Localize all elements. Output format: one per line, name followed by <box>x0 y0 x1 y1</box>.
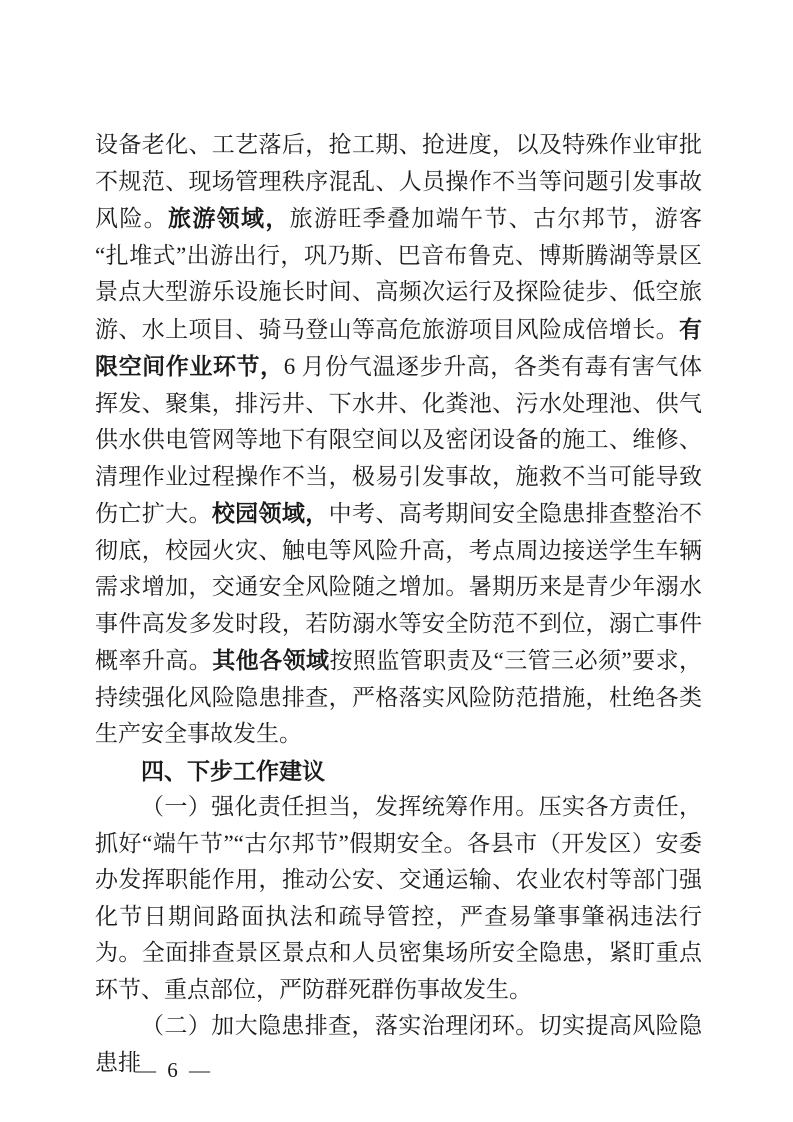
item-one-paragraph: （一）强化责任担当，发挥统筹作用。压实各方责任，抓好“端午节”“古尔邦节”假期安… <box>95 789 702 1008</box>
document-body: 设备老化、工艺落后，抢工期、抢进度，以及特殊作业审批不规范、现场管理秩序混乱、人… <box>95 127 702 1081</box>
page-footer: — 6 — <box>102 1033 213 1108</box>
heading-text: 四、下步工作建议 <box>141 758 325 784</box>
emphasis-text: 其他各领域 <box>212 647 329 673</box>
section-heading-four: 四、下步工作建议 <box>95 753 702 790</box>
page-number: — 6 — <box>135 1058 213 1082</box>
document-page: 设备老化、工艺落后，抢工期、抢进度，以及特殊作业审批不规范、现场管理秩序混乱、人… <box>0 0 793 1122</box>
emphasis-text: 旅游领域， <box>168 205 290 231</box>
body-text: 压实各方责任，抓好“端午节”“古尔邦节”假期安全。各县市（开发区）安委办发挥职能… <box>95 794 702 1002</box>
body-paragraph-risk-areas: 设备老化、工艺落后，抢工期、抢进度，以及特殊作业审批不规范、现场管理秩序混乱、人… <box>95 127 702 753</box>
emphasis-text: 校园领域， <box>212 500 329 526</box>
body-text: （一）强化责任担当，发挥统筹作用。 <box>141 794 539 819</box>
